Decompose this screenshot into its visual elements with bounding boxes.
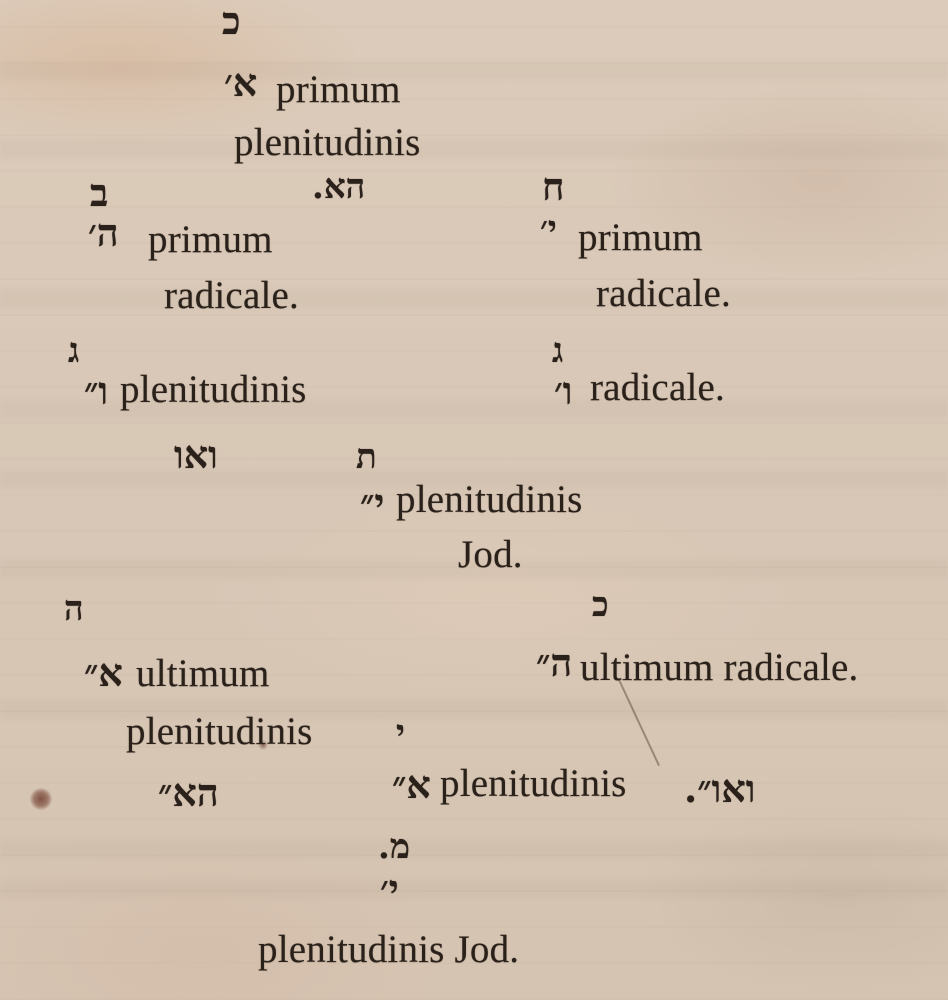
hebrew-letter-aleph: א׳ — [224, 64, 257, 102]
latin-text: plenitudinis — [396, 480, 583, 519]
document-page: כ א׳ primum plenitudinis הא. ב ה׳ primum… — [0, 0, 948, 1000]
hebrew-word: ואו״. — [684, 770, 756, 808]
hebrew-letter-yod: י״ — [360, 484, 384, 522]
latin-text: radicale. — [164, 276, 299, 315]
hebrew-letter-he: ה — [64, 592, 84, 626]
latin-text: ultimum radicale. — [580, 648, 858, 687]
latin-text: primum — [578, 218, 703, 257]
hebrew-letter-vav: ו״ — [84, 372, 108, 410]
hebrew-letter-vav: ו׳ — [554, 372, 573, 410]
hebrew-letter-tav: ת — [356, 440, 377, 474]
latin-text: ultimum — [136, 654, 270, 693]
hebrew-letter-gimel: ג — [68, 334, 79, 368]
latin-text: plenitudinis — [120, 370, 307, 409]
hebrew-letter-beth: ב — [90, 174, 108, 212]
latin-text: plenitudinis Jod. — [258, 930, 519, 969]
hebrew-letter-he: ה״ — [536, 644, 572, 682]
hebrew-letter-yod: י׳ — [380, 870, 399, 908]
latin-text: radicale. — [590, 368, 725, 407]
hebrew-word: הא. — [312, 170, 365, 204]
hebrew-word: ואו — [174, 436, 218, 474]
hebrew-letter-yod: י׳ — [540, 212, 557, 246]
hebrew-letter-gimel: ג — [552, 334, 563, 368]
hebrew-letter-yod: י — [396, 716, 405, 750]
latin-text: plenitudinis — [440, 764, 627, 803]
hebrew-word: הא״ — [158, 774, 219, 812]
ink-stain — [30, 788, 52, 810]
hebrew-letter-he: ה׳ — [88, 214, 119, 252]
hebrew-letter-mem: מ. — [378, 830, 410, 864]
latin-text: radicale. — [596, 274, 731, 313]
latin-text: plenitudinis — [126, 712, 313, 751]
hebrew-letter-heth: ח — [542, 168, 565, 206]
paper-scratch — [618, 679, 660, 766]
hebrew-letter-kaph: כ — [222, 2, 241, 40]
hebrew-letter-aleph: א״ — [84, 654, 123, 692]
latin-text: Jod. — [458, 535, 523, 574]
hebrew-letter-aleph: א״ — [392, 766, 431, 804]
latin-text: plenitudinis — [234, 123, 421, 162]
latin-text: primum — [148, 220, 273, 259]
latin-text: primum — [276, 70, 401, 109]
hebrew-letter-kaph: כ — [592, 588, 609, 622]
